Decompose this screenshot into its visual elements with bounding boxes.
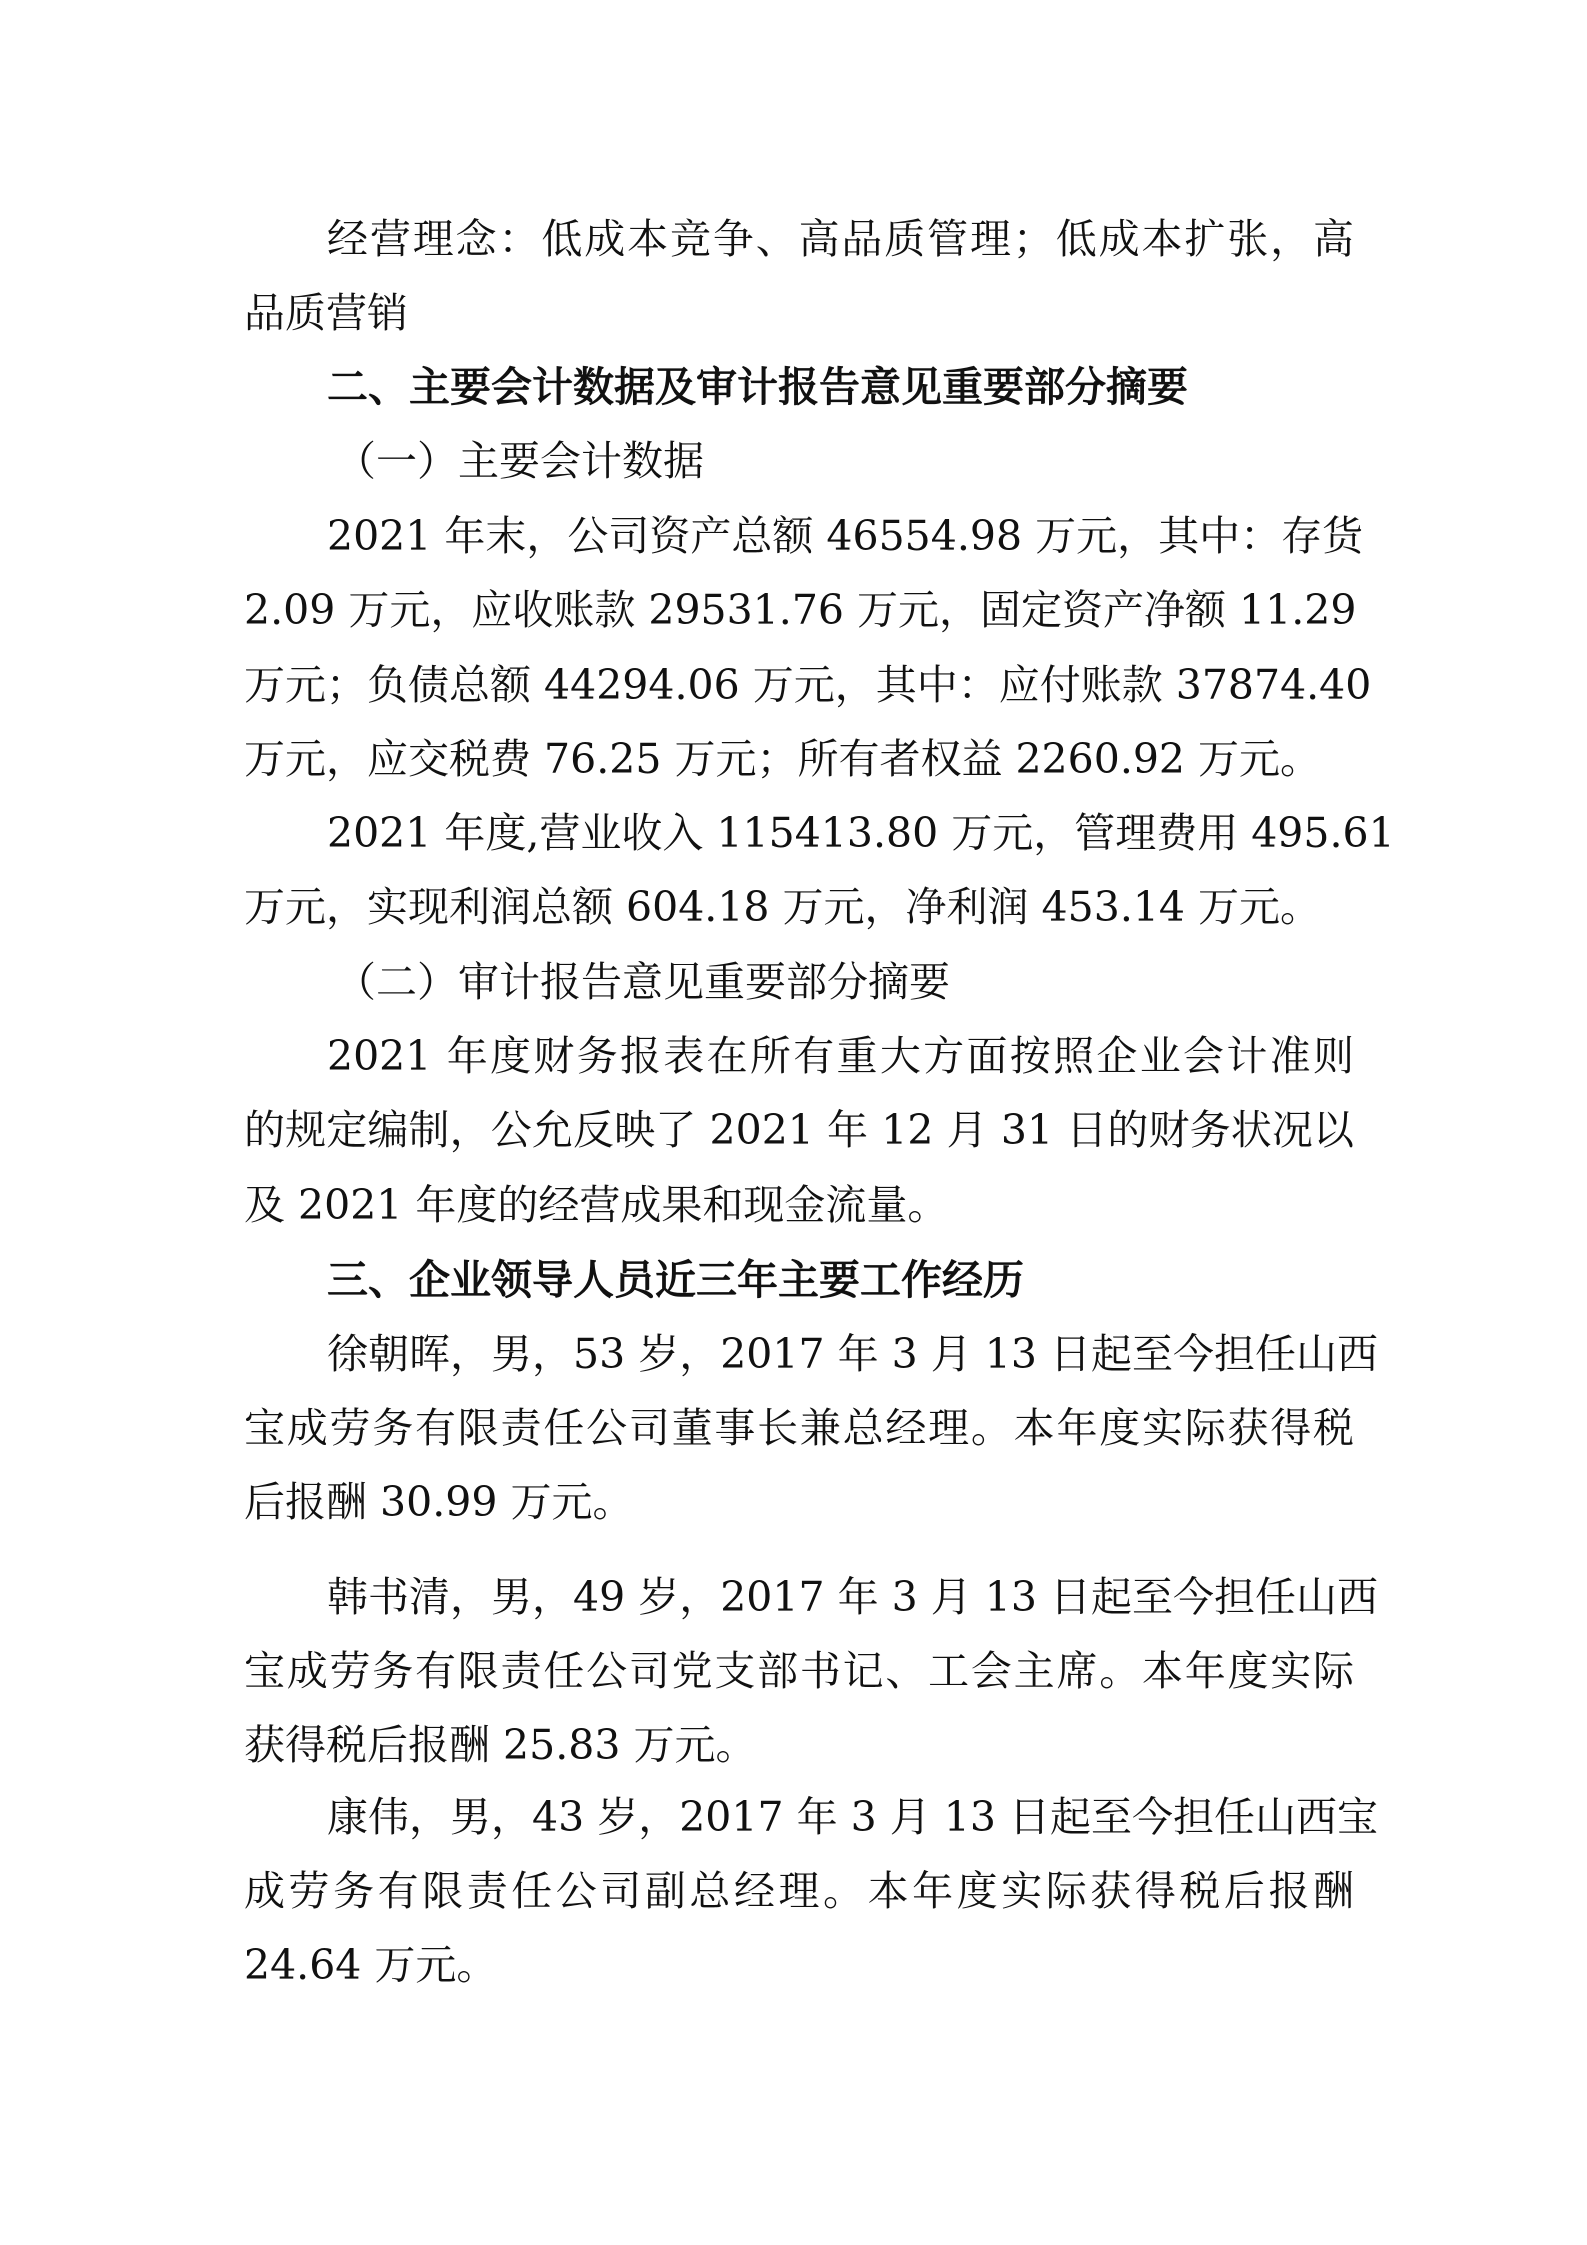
leader-1-line-1: 徐朝晖，男，53 岁，2017 年 3 月 13 日起至今担任山西 xyxy=(327,1324,1354,1384)
audit-para-line-3: 及 2021 年度的经营成果和现金流量。 xyxy=(244,1175,1354,1235)
accounting-para1-line-2: 2.09 万元，应收账款 29531.76 万元，固定资产净额 11.29 xyxy=(244,580,1354,640)
section-2-sub2-heading: （二）审计报告意见重要部分摘要 xyxy=(335,952,1445,1012)
leader-3-line-2: 成劳务有限责任公司副总经理。本年度实际获得税后报酬 xyxy=(244,1861,1354,1921)
leader-1-line-2: 宝成劳务有限责任公司董事长兼总经理。本年度实际获得税 xyxy=(244,1398,1354,1458)
audit-para-line-1: 2021 年度财务报表在所有重大方面按照企业会计准则 xyxy=(327,1026,1354,1086)
leader-2-line-3: 获得税后报酬 25.83 万元。 xyxy=(244,1715,1354,1775)
leader-2-line-2: 宝成劳务有限责任公司党支部书记、工会主席。本年度实际 xyxy=(244,1641,1354,1701)
audit-para-line-2: 的规定编制，公允反映了 2021 年 12 月 31 日的财务状况以 xyxy=(244,1100,1354,1160)
leader-2-line-1: 韩书清，男，49 岁，2017 年 3 月 13 日起至今担任山西 xyxy=(327,1567,1354,1627)
section-2-heading: 二、主要会计数据及审计报告意见重要部分摘要 xyxy=(327,357,1354,417)
accounting-para1-line-1: 2021 年末，公司资产总额 46554.98 万元，其中：存货 xyxy=(327,506,1354,566)
accounting-para1-line-4: 万元，应交税费 76.25 万元；所有者权益 2260.92 万元。 xyxy=(244,729,1354,789)
accounting-para2-line-2: 万元，实现利润总额 604.18 万元，净利润 453.14 万元。 xyxy=(244,877,1354,937)
accounting-para2-line-1: 2021 年度,营业收入 115413.80 万元，管理费用 495.61 xyxy=(327,803,1354,863)
section-2-sub1-heading: （一）主要会计数据 xyxy=(335,431,1445,491)
leader-1-line-3: 后报酬 30.99 万元。 xyxy=(244,1472,1354,1532)
philosophy-line-1: 经营理念：低成本竞争、高品质管理；低成本扩张，高 xyxy=(327,209,1354,269)
document-page: 经营理念：低成本竞争、高品质管理；低成本扩张，高 品质营销 二、主要会计数据及审… xyxy=(0,0,1587,2245)
leader-3-line-3: 24.64 万元。 xyxy=(244,1935,1354,1995)
section-3-heading: 三、企业领导人员近三年主要工作经历 xyxy=(327,1250,1354,1310)
leader-3-line-1: 康伟，男，43 岁，2017 年 3 月 13 日起至今担任山西宝 xyxy=(327,1787,1354,1847)
accounting-para1-line-3: 万元；负债总额 44294.06 万元，其中：应付账款 37874.40 xyxy=(244,655,1354,715)
philosophy-line-2: 品质营销 xyxy=(244,283,1354,343)
